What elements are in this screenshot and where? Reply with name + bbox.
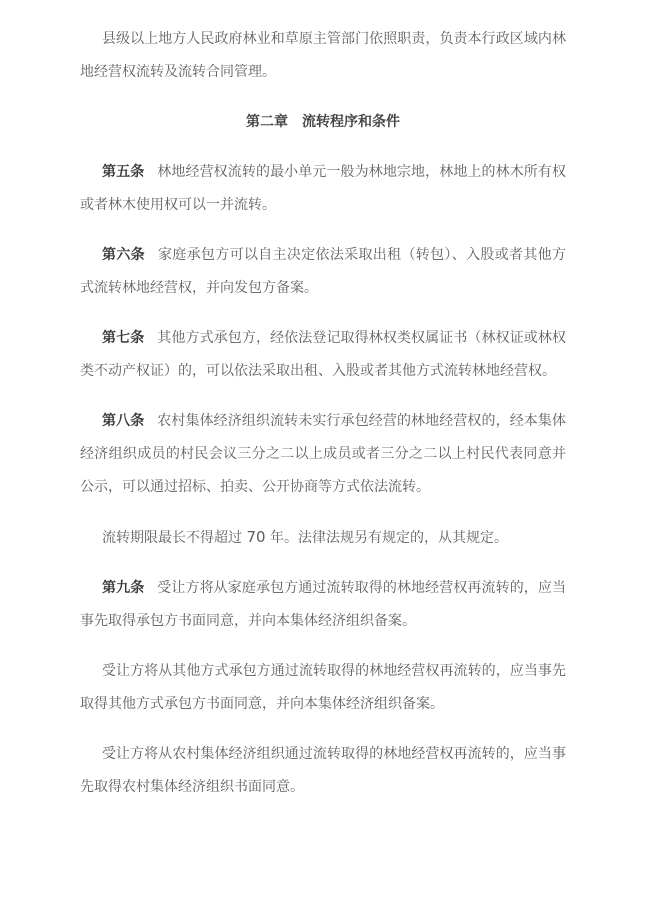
- article-9-subparagraph-1: 受让方将从其他方式承包方通过流转取得的林地经营权再流转的，应当事先取得其他方式承…: [80, 655, 566, 721]
- article-5-paragraph: 第五条林地经营权流转的最小单元一般为林地宗地，林地上的林木所有权或者林木使用权可…: [80, 156, 566, 222]
- article-9-paragraph: 第九条受让方将从家庭承包方通过流转取得的林地经营权再流转的，应当事先取得承包方书…: [80, 572, 566, 638]
- document-page: 县级以上地方人民政府林业和草原主管部门依照职责，负责本行政区域内林地经营权流转及…: [0, 0, 646, 916]
- paragraph-intro: 县级以上地方人民政府林业和草原主管部门依照职责，负责本行政区域内林地经营权流转及…: [80, 23, 566, 89]
- paragraph-intro-text: 县级以上地方人民政府林业和草原主管部门依照职责，负责本行政区域内林地经营权流转及…: [80, 31, 566, 80]
- article-7-number: 第七条: [102, 330, 144, 346]
- article-6-text: 家庭承包方可以自主决定依法采取出租（转包）、入股或者其他方式流转林地经营权，并向…: [80, 247, 566, 296]
- term-limit-paragraph: 流转期限最长不得超过 70 年。法律法规另有规定的，从其规定。: [80, 521, 566, 555]
- article-8-text: 农村集体经济组织流转未实行承包经营的林地经营权的，经本集体经济组织成员的村民会议…: [80, 413, 566, 495]
- article-7-text: 其他方式承包方，经依法登记取得林权类权属证书（林权证或林权类不动产权证）的，可以…: [80, 330, 566, 379]
- article-5-number: 第五条: [102, 164, 144, 180]
- article-9-subparagraph-2: 受让方将从农村集体经济组织通过流转取得的林地经营权再流转的，应当事先取得农村集体…: [80, 738, 566, 804]
- term-limit-text-before: 流转期限最长不得超过: [102, 530, 246, 546]
- article-6-paragraph: 第六条家庭承包方可以自主决定依法采取出租（转包）、入股或者其他方式流转林地经营权…: [80, 239, 566, 305]
- article-7-paragraph: 第七条其他方式承包方，经依法登记取得林权类权属证书（林权证或林权类不动产权证）的…: [80, 322, 566, 388]
- article-9-subparagraph-1-text: 受让方将从其他方式承包方通过流转取得的林地经营权再流转的，应当事先取得其他方式承…: [80, 663, 566, 712]
- article-8-number: 第八条: [102, 413, 144, 429]
- article-5-text: 林地经营权流转的最小单元一般为林地宗地，林地上的林木所有权或者林木使用权可以一并…: [80, 164, 566, 213]
- article-6-number: 第六条: [102, 247, 145, 263]
- article-9-text: 受让方将从家庭承包方通过流转取得的林地经营权再流转的，应当事先取得承包方书面同意…: [80, 580, 566, 629]
- chapter-heading: 第二章 流转程序和条件: [80, 106, 566, 139]
- article-8-paragraph: 第八条农村集体经济组织流转未实行承包经营的林地经营权的，经本集体经济组织成员的村…: [80, 405, 566, 504]
- term-limit-text-after: 年。法律法规另有规定的，从其规定。: [266, 530, 508, 546]
- term-limit-years-value: 70: [246, 528, 265, 546]
- article-9-subparagraph-2-text: 受让方将从农村集体经济组织通过流转取得的林地经营权再流转的，应当事先取得农村集体…: [80, 746, 566, 795]
- article-9-number: 第九条: [102, 580, 144, 596]
